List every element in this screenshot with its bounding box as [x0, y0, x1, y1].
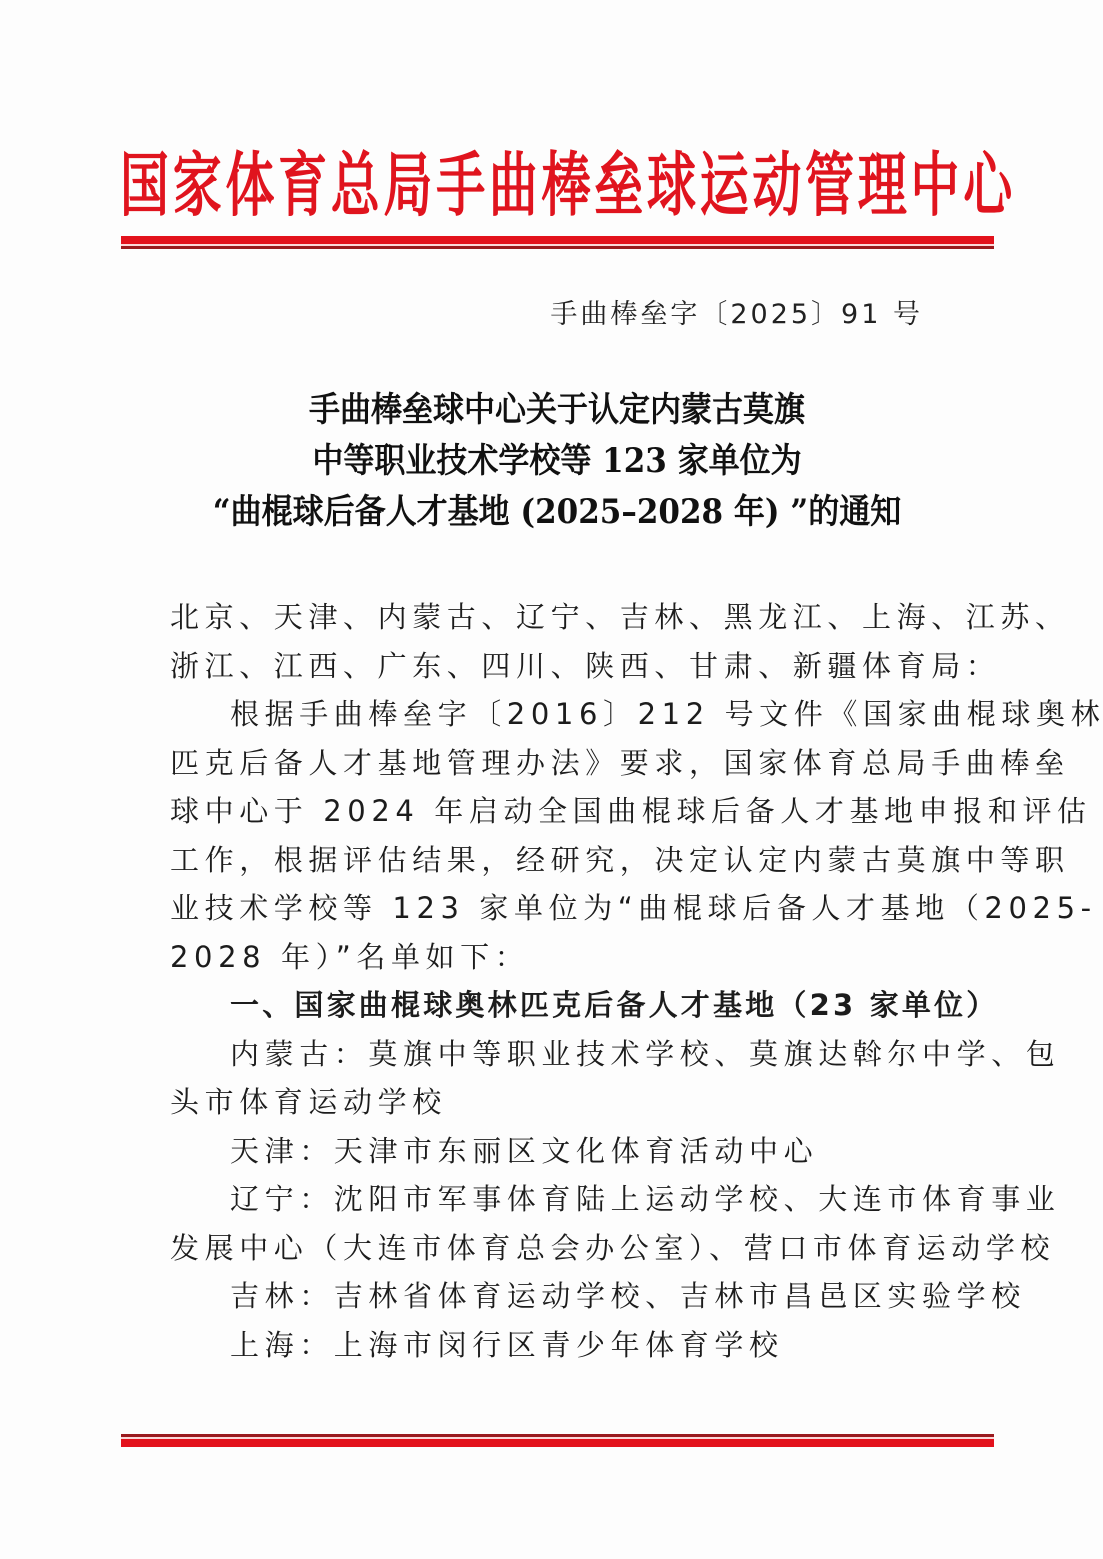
rule-thick-bar [121, 236, 994, 244]
document-number: 手曲棒垒字〔2025〕91 号 [550, 292, 923, 331]
document-body: 北京、天津、内蒙古、辽宁、吉林、黑龙江、上海、江苏、 浙江、江西、广东、四川、陕… [170, 593, 950, 1369]
paragraph-line-4: 工作，根据评估结果，经研究，决定认定内蒙古莫旗中等职 [170, 836, 950, 885]
list-line-2: 头市体育运动学校 [170, 1078, 950, 1127]
addressees-line-2: 浙江、江西、广东、四川、陕西、甘肃、新疆体育局： [170, 642, 950, 691]
paragraph-line-2: 匹克后备人才基地管理办法》要求，国家体育总局手曲棒垒 [170, 739, 950, 788]
title-line-3: “曲棍球后备人才基地 (2025–2028 年) ”的通知 [120, 484, 994, 540]
addressees-line-1: 北京、天津、内蒙古、辽宁、吉林、黑龙江、上海、江苏、 [170, 593, 950, 642]
rule-thick-bar [121, 1439, 994, 1447]
list-line-3: 天津：天津市东丽区文化体育活动中心 [170, 1127, 950, 1176]
paragraph-line-6: 2028 年）”名单如下： [170, 933, 950, 982]
paragraph-line-1: 根据手曲棒垒字〔2016〕212 号文件《国家曲棍球奥林 [170, 690, 950, 739]
list-line-1: 内蒙古：莫旗中等职业技术学校、莫旗达斡尔中学、包 [170, 1030, 950, 1079]
paragraph-line-3: 球中心于 2024 年启动全国曲棍球后备人才基地申报和评估 [170, 787, 950, 836]
list-line-5: 发展中心（大连市体育总会办公室）、营口市体育运动学校 [170, 1224, 950, 1273]
organization-header: 国家体育总局手曲棒垒球运动管理中心 [120, 124, 994, 246]
header-red-rule [121, 236, 994, 249]
list-line-7: 上海：上海市闵行区青少年体育学校 [170, 1321, 950, 1370]
document-page: 国家体育总局手曲棒垒球运动管理中心 手曲棒垒字〔2025〕91 号 手曲棒垒球中… [0, 0, 1103, 1559]
section-heading: 一、国家曲棍球奥林匹克后备人才基地（23 家单位） [170, 981, 950, 1030]
list-line-6: 吉林：吉林省体育运动学校、吉林市昌邑区实验学校 [170, 1272, 950, 1321]
title-line-2: 中等职业技术学校等 123 家单位为 [120, 433, 994, 489]
paragraph-line-5: 业技术学校等 123 家单位为“曲棍球后备人才基地（2025- [170, 884, 950, 933]
footer-red-rule [121, 1434, 994, 1447]
list-line-4: 辽宁：沈阳市军事体育陆上运动学校、大连市体育事业 [170, 1175, 950, 1224]
document-title: 手曲棒垒球中心关于认定内蒙古莫旗 中等职业技术学校等 123 家单位为 “曲棍球… [120, 385, 994, 538]
rule-thin-bar [121, 246, 994, 249]
title-line-1: 手曲棒垒球中心关于认定内蒙古莫旗 [120, 382, 994, 438]
